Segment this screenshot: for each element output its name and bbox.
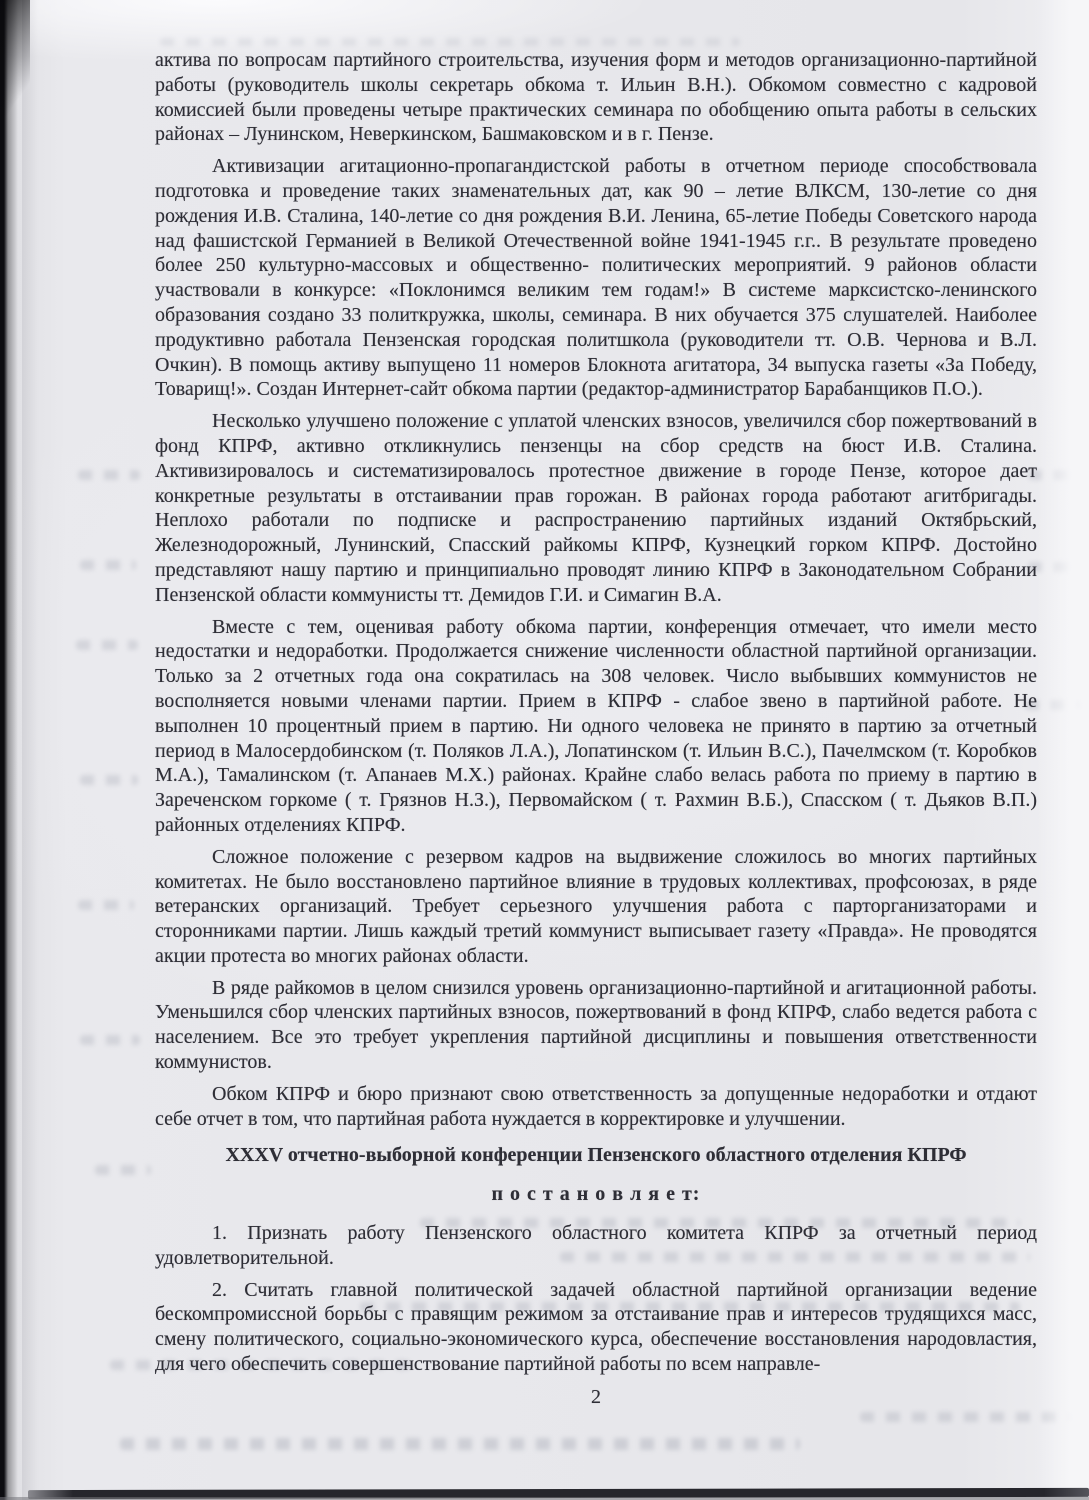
- document-body: актива по вопросам партийного строительс…: [155, 48, 1037, 1410]
- paragraph: В ряде райкомов в целом снизился уровень…: [155, 976, 1037, 1075]
- scanned-page: актива по вопросам партийного строительс…: [0, 0, 1089, 1500]
- bleed-through-ghost: [120, 1438, 800, 1450]
- resolution-item: 2. Считать главной политической задачей …: [155, 1278, 1037, 1377]
- bleed-through-ghost: [78, 900, 134, 910]
- left-fold-shadow: [22, 0, 38, 1500]
- resolution-item: 1. Признать работу Пензенского областног…: [155, 1221, 1037, 1271]
- bleed-through-ghost: [78, 470, 140, 480]
- paragraph: Активизации агитационно-пропагандистской…: [155, 154, 1037, 402]
- bleed-through-ghost: [80, 560, 136, 570]
- left-edge-shadow: [0, 0, 18, 1500]
- paragraph: Вместе с тем, оценивая работу обкома пар…: [155, 615, 1037, 838]
- paragraph-continuation: актива по вопросам партийного строительс…: [155, 48, 1037, 147]
- bleed-through-ghost: [95, 1165, 151, 1175]
- paragraph: Обком КПРФ и бюро признают свою ответств…: [155, 1082, 1037, 1132]
- right-page-edge: [1037, 0, 1089, 1500]
- bleed-through-ghost: [80, 775, 138, 785]
- bleed-through-ghost: [160, 38, 740, 46]
- paper-sheet: актива по вопросам партийного строительс…: [0, 0, 1089, 1500]
- paragraph: Несколько улучшено положение с уплатой ч…: [155, 409, 1037, 607]
- bleed-through-ghost: [80, 1035, 140, 1045]
- bleed-through-ghost: [76, 640, 138, 650]
- paragraph: Сложное положение с резервом кадров на в…: [155, 845, 1037, 969]
- top-left-corner-shadow: [0, 0, 30, 160]
- conference-heading: XXXV отчетно-выборной конференции Пензен…: [155, 1143, 1037, 1168]
- page-number: 2: [155, 1385, 1037, 1410]
- resolution-keyword: п о с т а н о в л я е т:: [155, 1182, 1037, 1207]
